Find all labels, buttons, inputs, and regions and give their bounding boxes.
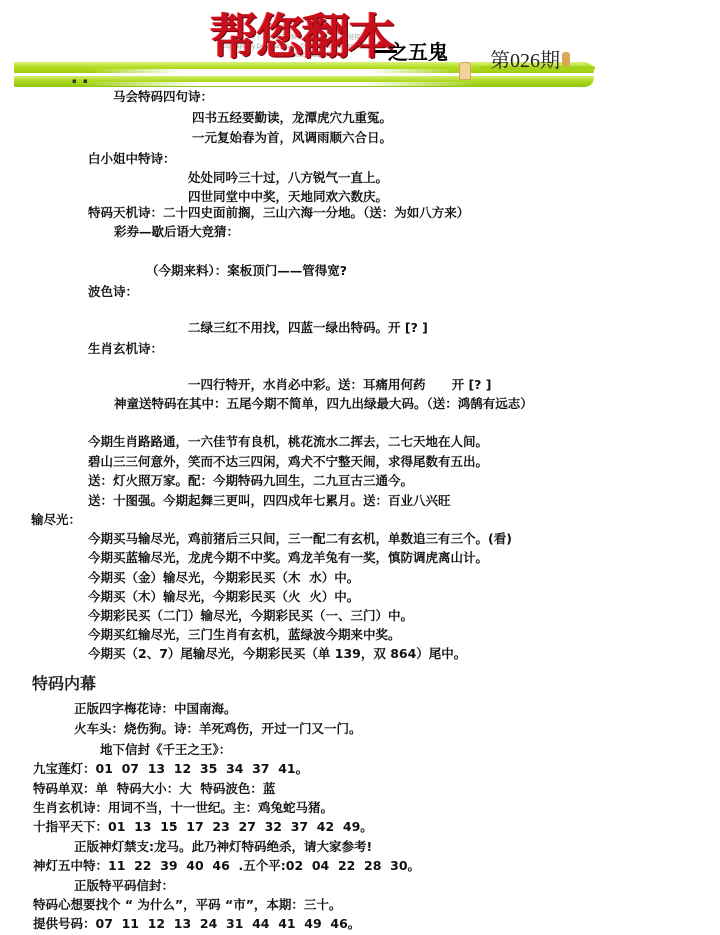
issue-number: 第026期 xyxy=(490,44,560,73)
header-banner: ▪ ▪ 关于我们 | 广告服务 | 联系我们 | 友情链接 Copyright … xyxy=(0,0,720,90)
poem-line: 一元复始春为首，风调雨顺六合日。 xyxy=(192,130,392,146)
poem-line: 送：灯火照万家。配：今期特码九回生，二九亘古三通今。 xyxy=(88,473,413,489)
tepingxin-label: 正版特平码信封： xyxy=(74,878,174,894)
poem-line: 碧山三三何意外，笑而不达三四闲，鸡犬不宁整天闹，求得尾数有五出。 xyxy=(88,454,488,470)
issue-mark-icon xyxy=(562,52,570,66)
section-label-shengxiao: 生肖玄机诗： xyxy=(88,341,163,357)
poem-line: 处处同吟三十过，八方锐气一直上。 xyxy=(188,170,388,186)
xinxiang-line: 特码心想要找个 “ 为什么”，平码 “市”，本期：三十。 xyxy=(33,897,341,913)
loss-line: 今期买红输尽光，三门生肖有玄机，蓝绿波今期来中奖。 xyxy=(88,627,401,643)
section-shentong: 神童送特码在其中：五尾今期不简单，四九出绿最大码。（送：鸿鹄有远志） xyxy=(114,396,533,412)
banner-highlight xyxy=(90,69,460,75)
loss-line: 今期买蓝输尽光，龙虎今期不中奖。鸡龙羊兔有一奖，慎防调虎离山计。 xyxy=(88,550,488,566)
huochetou-line: 火车头：烧伤狗。诗：羊死鸡伤，开过一门又一门。 xyxy=(74,721,362,737)
tigong-line: 提供号码：07 11 12 13 24 31 44 41 49 46。 xyxy=(33,916,360,932)
loss-line: 今期彩民买（二门）输尽光，今期彩民买（一、三门）中。 xyxy=(88,608,413,624)
shengxiao-poem-line: 生肖玄机诗：用词不当，十一世纪。主：鸡兔蛇马猪。 xyxy=(33,800,333,816)
section-label-bai: 白小姐中特诗： xyxy=(88,151,176,167)
danshuang-line: 特码单双：单 特码大小：大 特码波色：蓝 xyxy=(33,781,275,797)
section-label-shujinguang: 输尽光： xyxy=(31,512,81,528)
banner-highlight xyxy=(80,82,480,86)
section-label-bose: 波色诗： xyxy=(88,284,138,300)
poem-line: 送：十图强。今期起舞三更叫，四四戍年七累月。送：百业八兴旺 xyxy=(88,493,451,509)
xinfeng-label: 地下信封《千王之王》： xyxy=(100,742,231,758)
section-tianji: 特码天机诗：二十四史面前搁，三山六海一分地。（送：为如八方来） xyxy=(88,205,469,221)
meihua-line: 正版四字梅花诗：中国南海。 xyxy=(74,701,237,717)
section-label-caiquan: 彩券—歇后语大竞猜： xyxy=(114,224,239,240)
section-title-neimu: 特码内幕 xyxy=(32,674,96,694)
page-title: 帮您翻本 xyxy=(210,0,394,67)
poem-line: 四书五经要勤读，龙潭虎穴九重冤。 xyxy=(192,110,392,126)
jiubao-line: 九宝莲灯：01 07 13 12 35 34 37 41。 xyxy=(33,761,308,777)
poem-line: 今期生肖路路通，一六佳节有良机，桃花流水二挥去，二七天地在人间。 xyxy=(88,434,488,450)
page-subtitle: 之五鬼 xyxy=(388,36,448,65)
lantern-icon xyxy=(459,62,471,80)
loss-line: 今期买（木）输尽光，今期彩民买（火 火）中。 xyxy=(88,589,359,605)
loss-line: 今期买（金）输尽光，今期彩民买（木 水）中。 xyxy=(88,570,359,586)
poem-line: 一四行特开，水肖必中彩。送：耳痛用何药 开 [? ] xyxy=(188,377,492,393)
loss-line: 今期买马输尽光，鸡前猪后三只间，三一配二有玄机，单数追三有三个。(看) xyxy=(88,531,512,547)
section-label-mahui: 马会特码四句诗： xyxy=(113,89,213,105)
banner-dots-icon: ▪ ▪ xyxy=(72,77,90,85)
riddle-line: （今期来料）：案板顶门——管得宽? xyxy=(146,263,347,279)
poem-line: 四世同堂中中奖，天地同欢六数庆。 xyxy=(188,189,388,205)
shendeng-line: 正版神灯禁支:龙马。此乃神灯特码绝杀，请大家参考! xyxy=(74,839,372,855)
poem-line: 二绿三红不用找，四蓝一绿出特码。开 [? ] xyxy=(188,320,428,336)
shizhi-line: 十指平天下：01 13 15 17 23 27 32 37 42 49。 xyxy=(33,819,373,835)
wuzhongte-line: 神灯五中特：11 22 39 40 46 .五个平:02 04 22 28 30… xyxy=(33,858,420,874)
loss-line: 今期买（2、7）尾输尽光，今期彩民买（单 139，双 864）尾中。 xyxy=(88,646,466,662)
